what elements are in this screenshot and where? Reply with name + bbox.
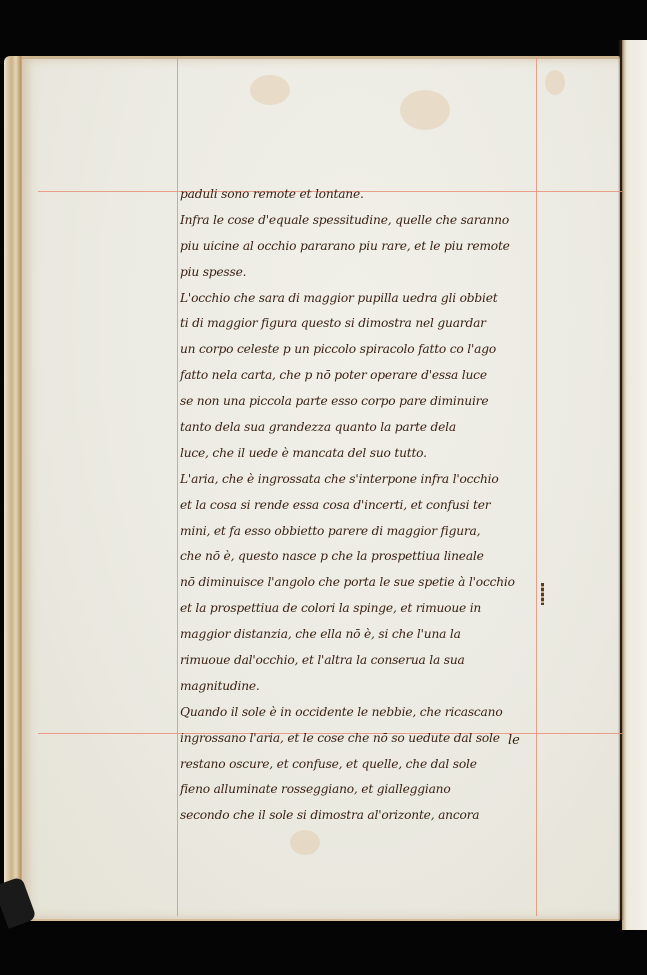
facing-page-edge bbox=[622, 40, 647, 930]
text-line: L'aria, che è ingrossata che s'interpone… bbox=[180, 466, 535, 492]
text-line: Quando il sole è in occidente le nebbie,… bbox=[180, 699, 535, 725]
gutter-shadow bbox=[618, 40, 624, 920]
text-line: fatto nela carta, che p nō poter operare… bbox=[180, 362, 535, 388]
foxing-stain bbox=[250, 75, 290, 105]
text-line: che nō è, questo nasce p che la prospett… bbox=[180, 543, 535, 569]
text-line: tanto dela sua grandezza quanto la parte… bbox=[180, 414, 535, 440]
manuscript-scene: paduli sono remote et lontane. Infra le … bbox=[0, 0, 647, 975]
text-line: se non una piccola parte esso corpo pare… bbox=[180, 388, 535, 414]
text-line: paduli sono remote et lontane. bbox=[180, 181, 535, 207]
text-line: Infra le cose d'equale spessitudine, que… bbox=[180, 207, 535, 233]
foxing-stain bbox=[545, 70, 565, 95]
text-line: et la prospettiua de colori la spinge, e… bbox=[180, 595, 535, 621]
text-line: ingrossano l'aria, et le cose che nō so … bbox=[180, 725, 535, 751]
text-line: un corpo celeste p un piccolo spiracolo … bbox=[180, 336, 535, 362]
foxing-stain bbox=[290, 830, 320, 855]
text-line: maggior distanzia, che ella nō è, si che… bbox=[180, 621, 535, 647]
text-line: restano oscure, et confuse, et quelle, c… bbox=[180, 751, 535, 777]
text-line: et la cosa si rende essa cosa d'incerti,… bbox=[180, 492, 535, 518]
marginal-mark bbox=[541, 583, 544, 605]
text-line: piu uicine al occhio pararano piu rare, … bbox=[180, 233, 535, 259]
text-line: L'occhio che sara di maggior pupilla ued… bbox=[180, 285, 535, 311]
text-line: luce, che il uede è mancata del suo tutt… bbox=[180, 440, 535, 466]
left-margin-rule bbox=[177, 58, 178, 916]
text-line: piu spesse. bbox=[180, 259, 535, 285]
foxing-stain bbox=[400, 90, 450, 130]
text-line: nō diminuisce l'angolo che porta le sue … bbox=[180, 569, 535, 595]
text-line: mini, et fa esso obbietto parere di magg… bbox=[180, 518, 535, 544]
text-line: ti di maggior figura questo si dimostra … bbox=[180, 310, 535, 336]
text-line: fieno alluminate rosseggiano, et gialleg… bbox=[180, 776, 535, 802]
manuscript-text: paduli sono remote et lontane. Infra le … bbox=[180, 181, 540, 828]
text-line: magnitudine. bbox=[180, 673, 535, 699]
catchword: le bbox=[508, 733, 520, 748]
text-line: rimuoue dal'occhio, et l'altra la conser… bbox=[180, 647, 535, 673]
text-line: secondo che il sole si dimostra al'orizo… bbox=[180, 802, 535, 828]
